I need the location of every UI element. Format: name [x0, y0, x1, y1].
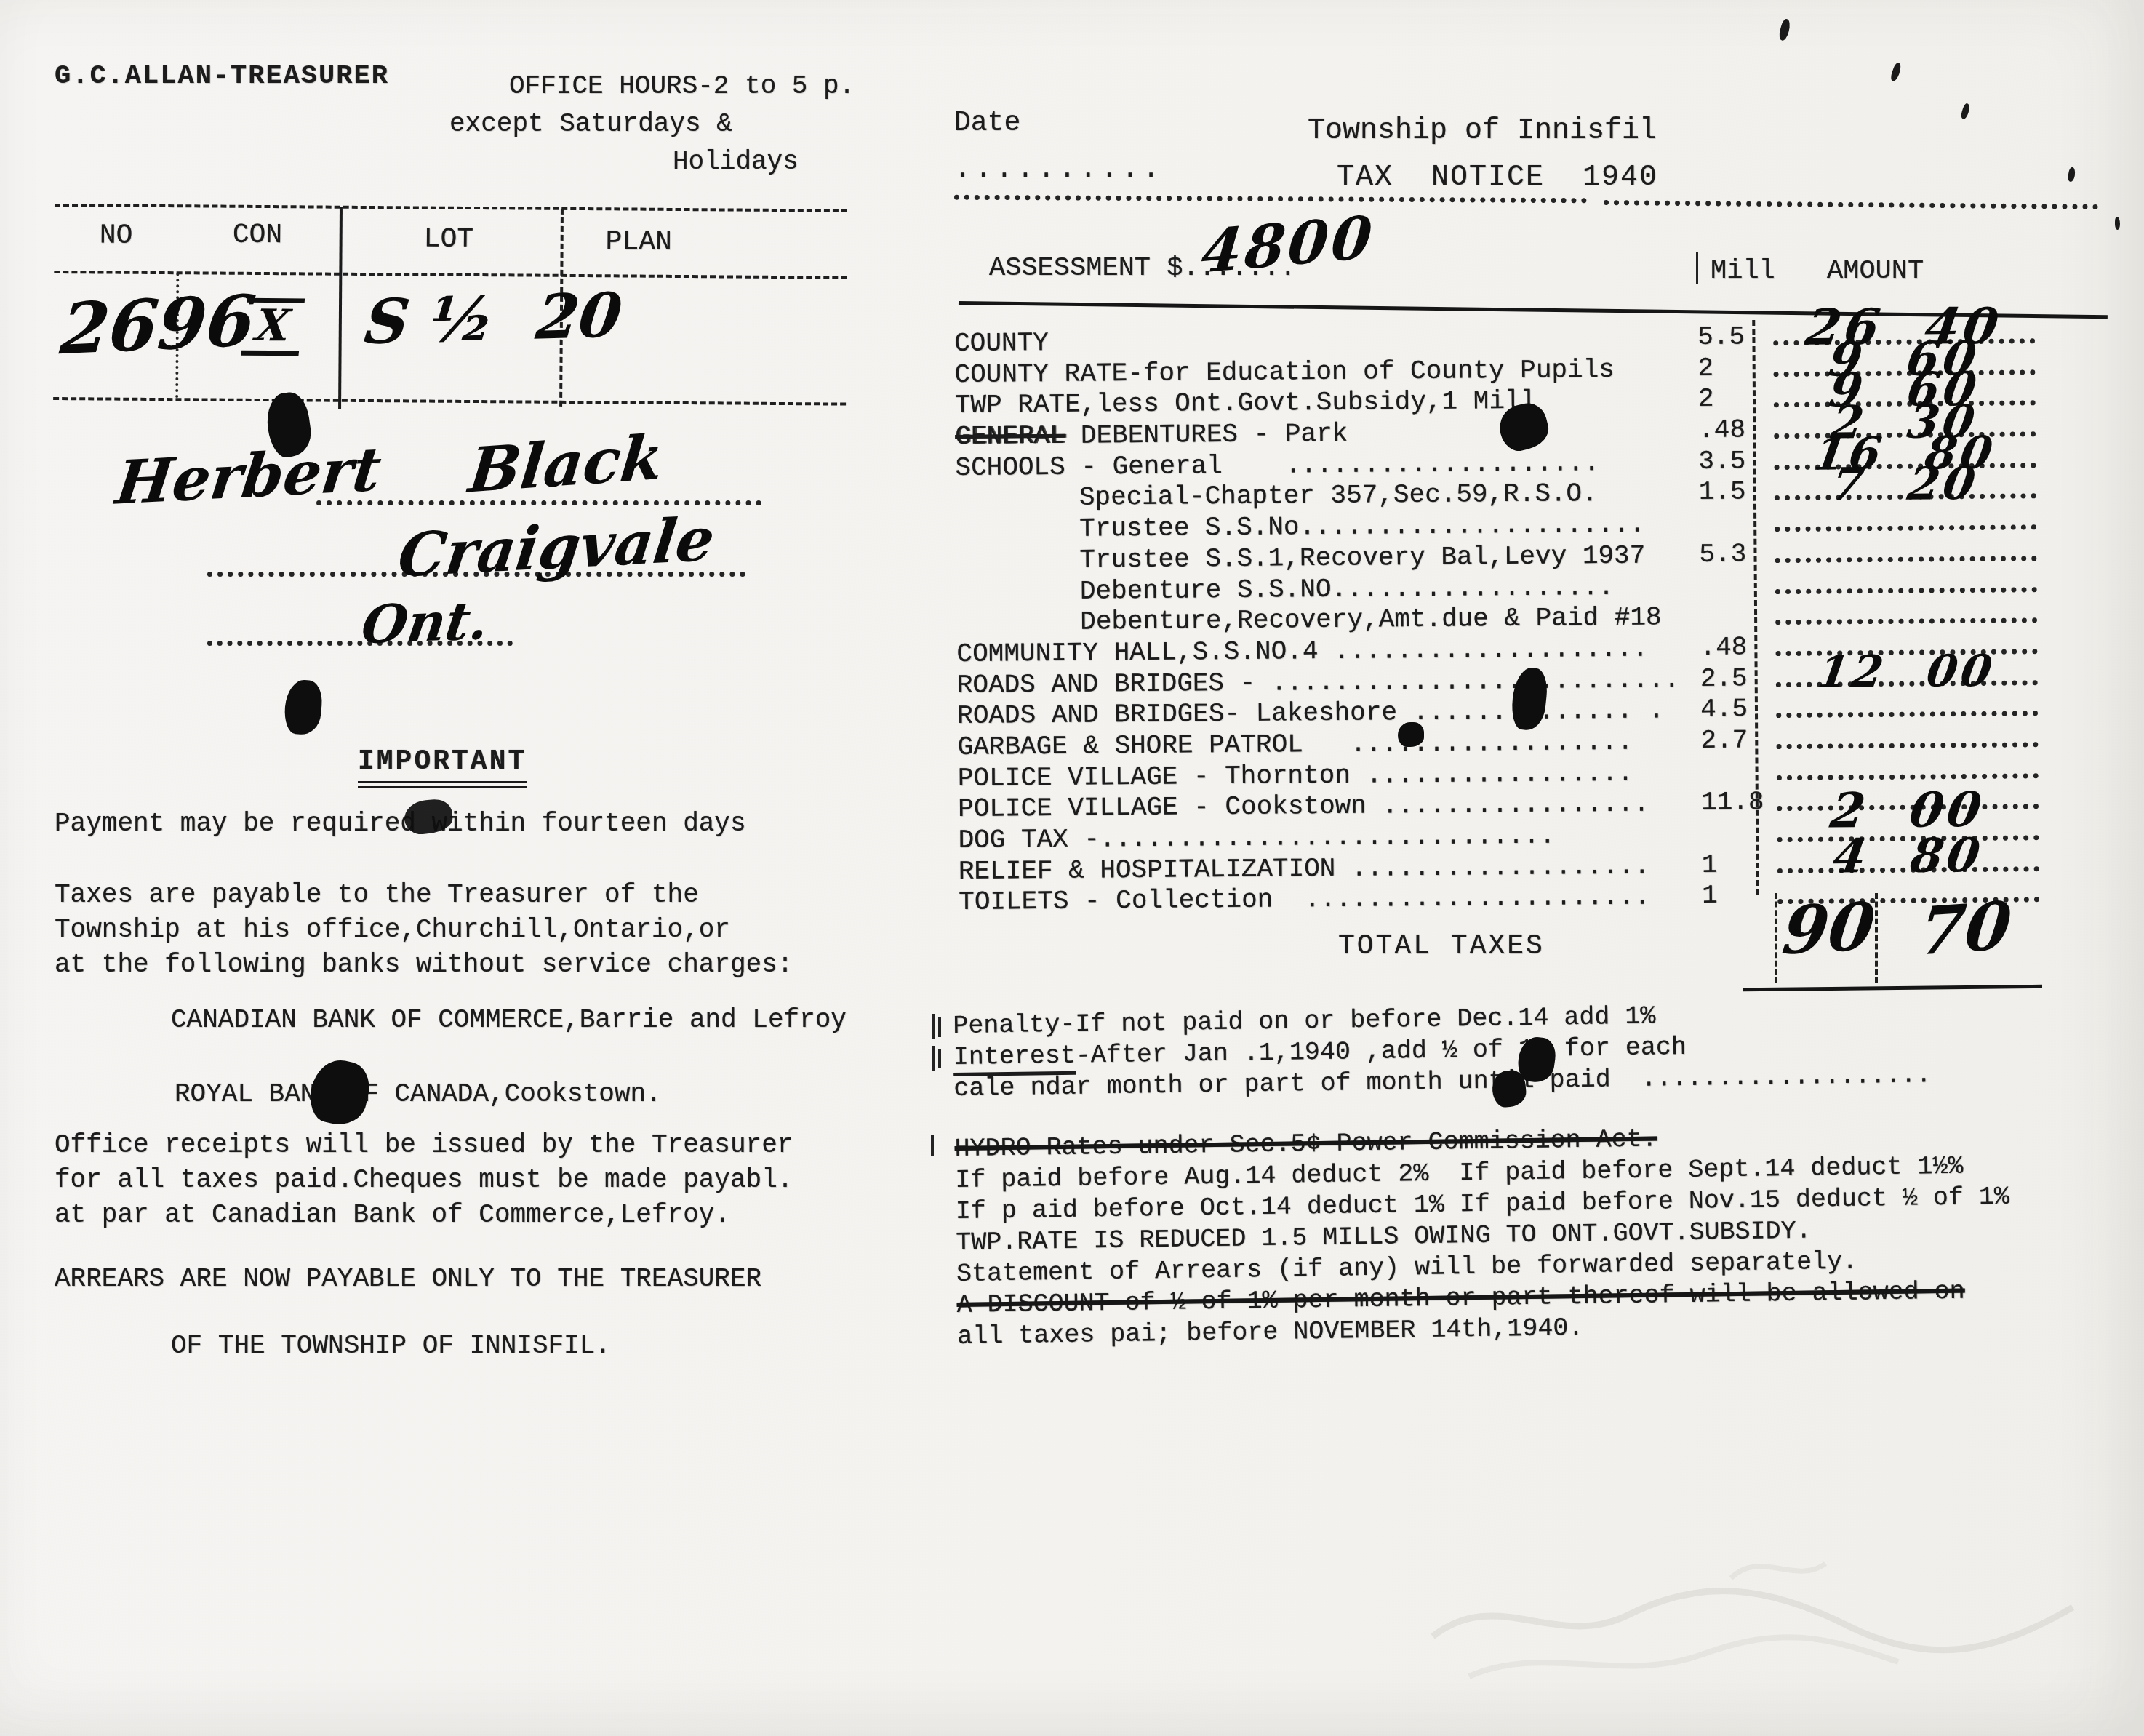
table-header-con: CON [233, 220, 283, 252]
amount-dotted-leader [1775, 587, 2037, 594]
amount-handwritten-value: 2 00 [1773, 785, 2042, 835]
margin-tick [932, 1014, 935, 1039]
ink-speck [2067, 167, 2076, 182]
ink-blot [1398, 722, 1424, 747]
mill-rate-value: .48 [1698, 415, 1745, 446]
scanned-tax-notice-page: G.C.ALLAN-TREASURER OFFICE HOURS-2 to 5 … [0, 0, 2144, 1736]
margin-tick [938, 1017, 941, 1037]
header-dotted-rule-left [954, 195, 1587, 204]
table-border-bottom [53, 397, 846, 406]
mill-rate-value: 5.3 [1699, 539, 1746, 569]
amount-column-header: AMOUNT [1827, 256, 1924, 287]
mill-rate-value: .48 [1700, 632, 1747, 663]
date-dotted-line: .......... [954, 154, 1164, 186]
amount-cell [1775, 597, 2037, 630]
lot-value: S ½ 20 [361, 284, 625, 353]
payment-note: Payment may be required within fourteen … [55, 809, 746, 839]
bank-royal-line: ROYAL BANK OF CANADA,Cookstown. [175, 1079, 662, 1109]
table-border-top [55, 204, 847, 212]
amount-handwritten-value: 12 00 [1772, 649, 2041, 695]
ink-speck [2115, 217, 2120, 230]
ink-blot [305, 1055, 375, 1129]
taxes-paragraph-line1: Taxes are payable to the Treasurer of th… [55, 880, 699, 910]
amount-cell [1777, 752, 2039, 785]
table-header-plan: PLAN [605, 226, 672, 258]
important-heading: IMPORTANT [358, 746, 527, 788]
tax-row-label: TOILETS - Collection ...................… [959, 882, 1650, 918]
amount-handwritten-value: 7 20 [1771, 461, 2039, 508]
amount-cell [1776, 690, 2038, 723]
mill-rate-value: 3.5 [1698, 446, 1745, 476]
date-label: Date [954, 108, 1020, 140]
interest-word: Interest [953, 1041, 1076, 1076]
table-header-no: NO [100, 220, 133, 252]
margin-tick [931, 1135, 934, 1156]
owner-last-name: Black [466, 426, 666, 501]
taxes-paragraph-line2: Township at his office,Churchill,Ontario… [55, 915, 730, 945]
amount-dotted-leader [1775, 524, 2036, 532]
owner-first-name: Herbert [113, 439, 384, 513]
amount-dotted-leader [1777, 742, 2039, 749]
bank-commerce-line: CANADIAN BANK OF COMMERCE,Barrie and Lef… [171, 1005, 847, 1035]
ink-speck [1777, 18, 1791, 41]
mill-rate-value: 11.8 [1701, 788, 1764, 818]
amount-handwritten-value: 4 80 [1774, 832, 2043, 881]
arrears-line1: ARREARS ARE NOW PAYABLE ONLY TO THE TREA… [55, 1264, 761, 1294]
amount-cell: 12 00 [1776, 659, 2038, 692]
ghost-handwriting [1418, 1498, 2116, 1716]
ink-blot [283, 679, 324, 736]
struck-word: GENERAL [955, 421, 1065, 452]
mill-rate-value: 1 [1702, 849, 1718, 880]
header-dotted-rule-right [1604, 200, 2098, 209]
total-underline [1743, 985, 2042, 991]
amount-dotted-leader [1777, 773, 2039, 780]
total-dollars-value: 90 [1780, 893, 1879, 964]
office-hours-line1: OFFICE HOURS-2 to 5 p. [509, 71, 855, 101]
total-cents-value: 70 [1916, 892, 2014, 965]
receipts-paragraph-line1: Office receipts will be issued by the Tr… [55, 1130, 793, 1160]
mill-rate-value: 1 [1702, 881, 1718, 911]
roll-number-value: 2696 [57, 286, 258, 365]
mill-rate-value: 2.7 [1700, 725, 1748, 756]
table-header-lot: LOT [424, 224, 474, 256]
margin-tick [938, 1049, 941, 1068]
amount-dotted-leader [1775, 556, 2037, 563]
margin-tick [932, 1046, 935, 1071]
amount-dotted-leader [1776, 711, 2038, 719]
assessment-value: 4800 [1199, 207, 1377, 281]
taxes-paragraph-line3: at the following banks without service c… [55, 950, 793, 980]
tax-notice-title: TAX NOTICE 1940 [1337, 161, 1658, 195]
amount-dotted-leader [1775, 618, 2037, 625]
amount-cell [1776, 721, 2038, 753]
amount-cell [1775, 503, 2036, 536]
mill-header-tick [1696, 252, 1698, 284]
amount-cell [1775, 535, 2036, 567]
mill-rate-value: 5.5 [1697, 321, 1745, 352]
amount-cell [1775, 566, 2037, 599]
property-table: NO CON LOT PLAN 2696 X S ½ 20 [53, 204, 847, 407]
mill-rate-value: 2.5 [1700, 663, 1748, 694]
table-border-mid [54, 271, 847, 279]
amount-cell: 7 20 [1775, 473, 2036, 505]
owner-town: Craigvale [395, 509, 718, 585]
mill-rate-value: 1.5 [1699, 477, 1746, 508]
mill-rate-value: 4.5 [1700, 695, 1748, 725]
township-title: Township of Innisfil [1308, 115, 1657, 148]
mill-column-header: Mill [1711, 256, 1775, 287]
office-hours-line2: except Saturdays & [449, 109, 732, 139]
amount-cell: 4 80 [1777, 845, 2039, 878]
concession-value: X [241, 298, 304, 356]
table-divider-con-lot [338, 207, 343, 409]
mill-rate-value: 2 [1698, 384, 1714, 415]
total-box-divider-left [1775, 893, 1777, 983]
office-hours-line3: Holidays [673, 147, 799, 177]
tax-row-label: COUNTY [954, 328, 1049, 359]
treasurer-name: G.C.ALLAN-TREASURER [55, 61, 389, 92]
ink-speck [1889, 62, 1903, 82]
total-taxes-label: TOTAL TAXES [1338, 931, 1545, 963]
mill-rate-value: 2 [1697, 353, 1713, 383]
receipts-paragraph-line2: for all taxes paid.Cheques must be made … [55, 1165, 793, 1195]
ink-speck [1960, 103, 1971, 120]
owner-province: Ont. [359, 594, 492, 651]
receipts-paragraph-line3: at par at Canadian Bank of Commerce,Lefr… [55, 1200, 730, 1230]
arrears-line2: OF THE TOWNSHIP OF INNISFIL. [171, 1331, 611, 1361]
